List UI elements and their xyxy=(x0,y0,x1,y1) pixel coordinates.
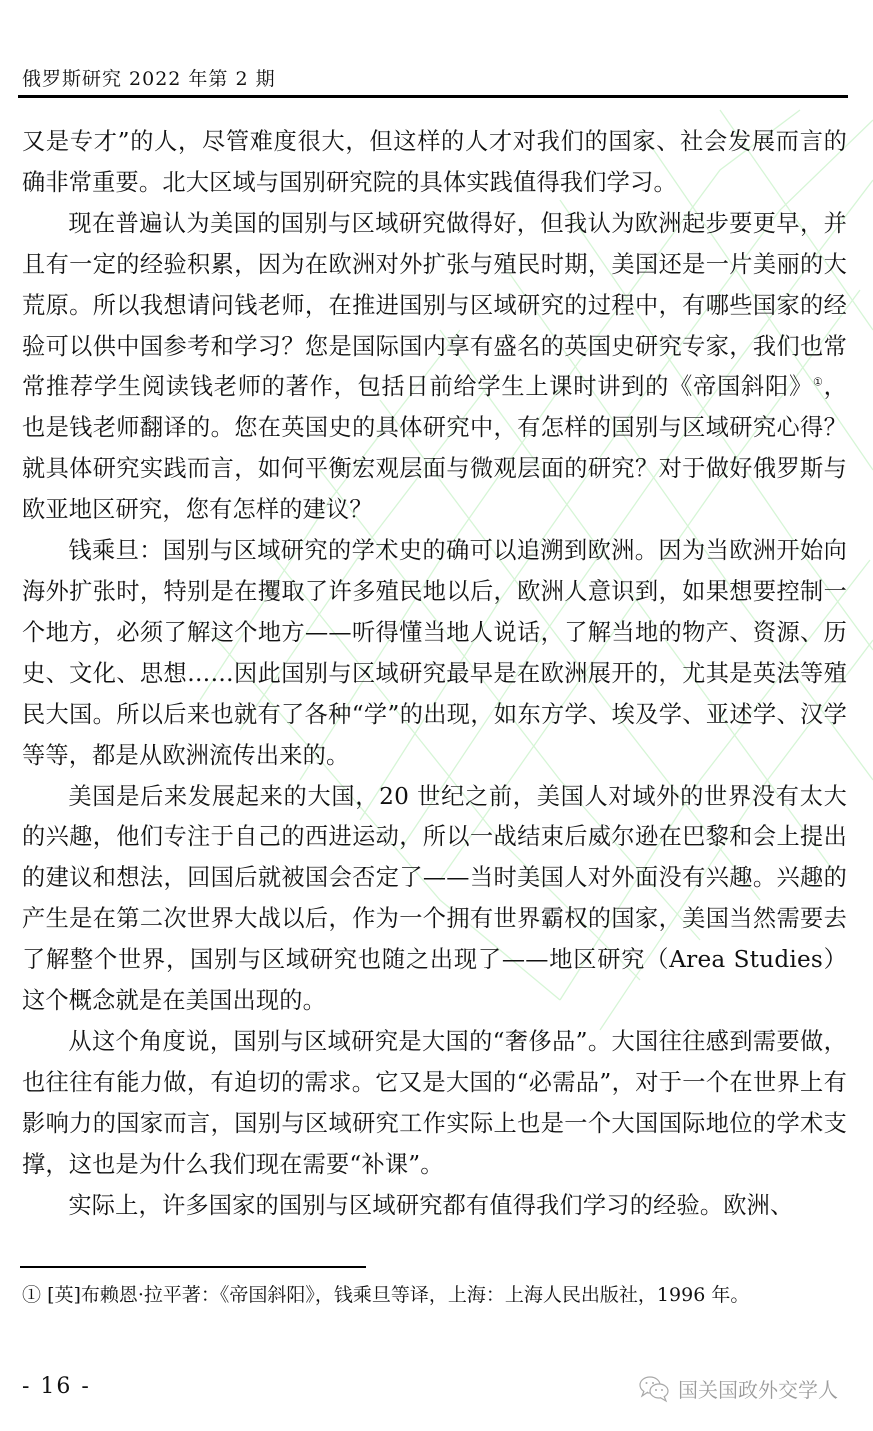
paragraph: 美国是后来发展起来的大国，20 世纪之前，美国人对域外的世界没有太大的兴趣，他们… xyxy=(22,777,847,1022)
footnote-divider xyxy=(20,1266,366,1268)
brand-watermark: 国关国政外交学人 xyxy=(638,1374,838,1403)
footnote: ① [英]布赖恩·拉平著：《帝国斜阳》，钱乘旦等译，上海：上海人民出版社，199… xyxy=(22,1280,847,1310)
footnote-reference[interactable]: ① xyxy=(813,376,824,389)
footnote-marker: ① xyxy=(22,1284,41,1306)
speaker-label: 钱乘旦： xyxy=(68,537,162,564)
wechat-icon xyxy=(638,1375,672,1403)
journal-header: 俄罗斯研究 2022 年第 2 期 xyxy=(22,64,276,91)
paragraph: 现在普遍认为美国的国别与区域研究做得好，但我认为欧洲起步要更早，并且有一定的经验… xyxy=(22,204,847,531)
paragraph: 实际上，许多国家的国别与区域研究都有值得我们学习的经验。欧洲、 xyxy=(22,1186,847,1227)
paragraph-text: 现在普遍认为美国的国别与区域研究做得好，但我认为欧洲起步要更早，并且有一定的经验… xyxy=(22,210,847,401)
article-body: 又是专才”的人，尽管难度很大，但这样的人才对我们的国家、社会发展而言的确非常重要… xyxy=(22,122,847,1226)
paragraph: 钱乘旦：国别与区域研究的学术史的确可以追溯到欧洲。因为当欧洲开始向海外扩张时，特… xyxy=(22,531,847,776)
paragraph-text: 国别与区域研究的学术史的确可以追溯到欧洲。因为当欧洲开始向海外扩张时，特别是在攫… xyxy=(22,537,847,769)
page-number: - 16 - xyxy=(22,1374,91,1399)
paragraph: 又是专才”的人，尽管难度很大，但这样的人才对我们的国家、社会发展而言的确非常重要… xyxy=(22,122,847,204)
paragraph: 从这个角度说，国别与区域研究是大国的“奢侈品”。大国往往感到需要做，也往往有能力… xyxy=(22,1022,847,1186)
footnote-text: [英]布赖恩·拉平著：《帝国斜阳》，钱乘旦等译，上海：上海人民出版社，1996 … xyxy=(47,1284,749,1306)
header-divider xyxy=(18,95,848,98)
brand-text: 国关国政外交学人 xyxy=(678,1374,838,1403)
